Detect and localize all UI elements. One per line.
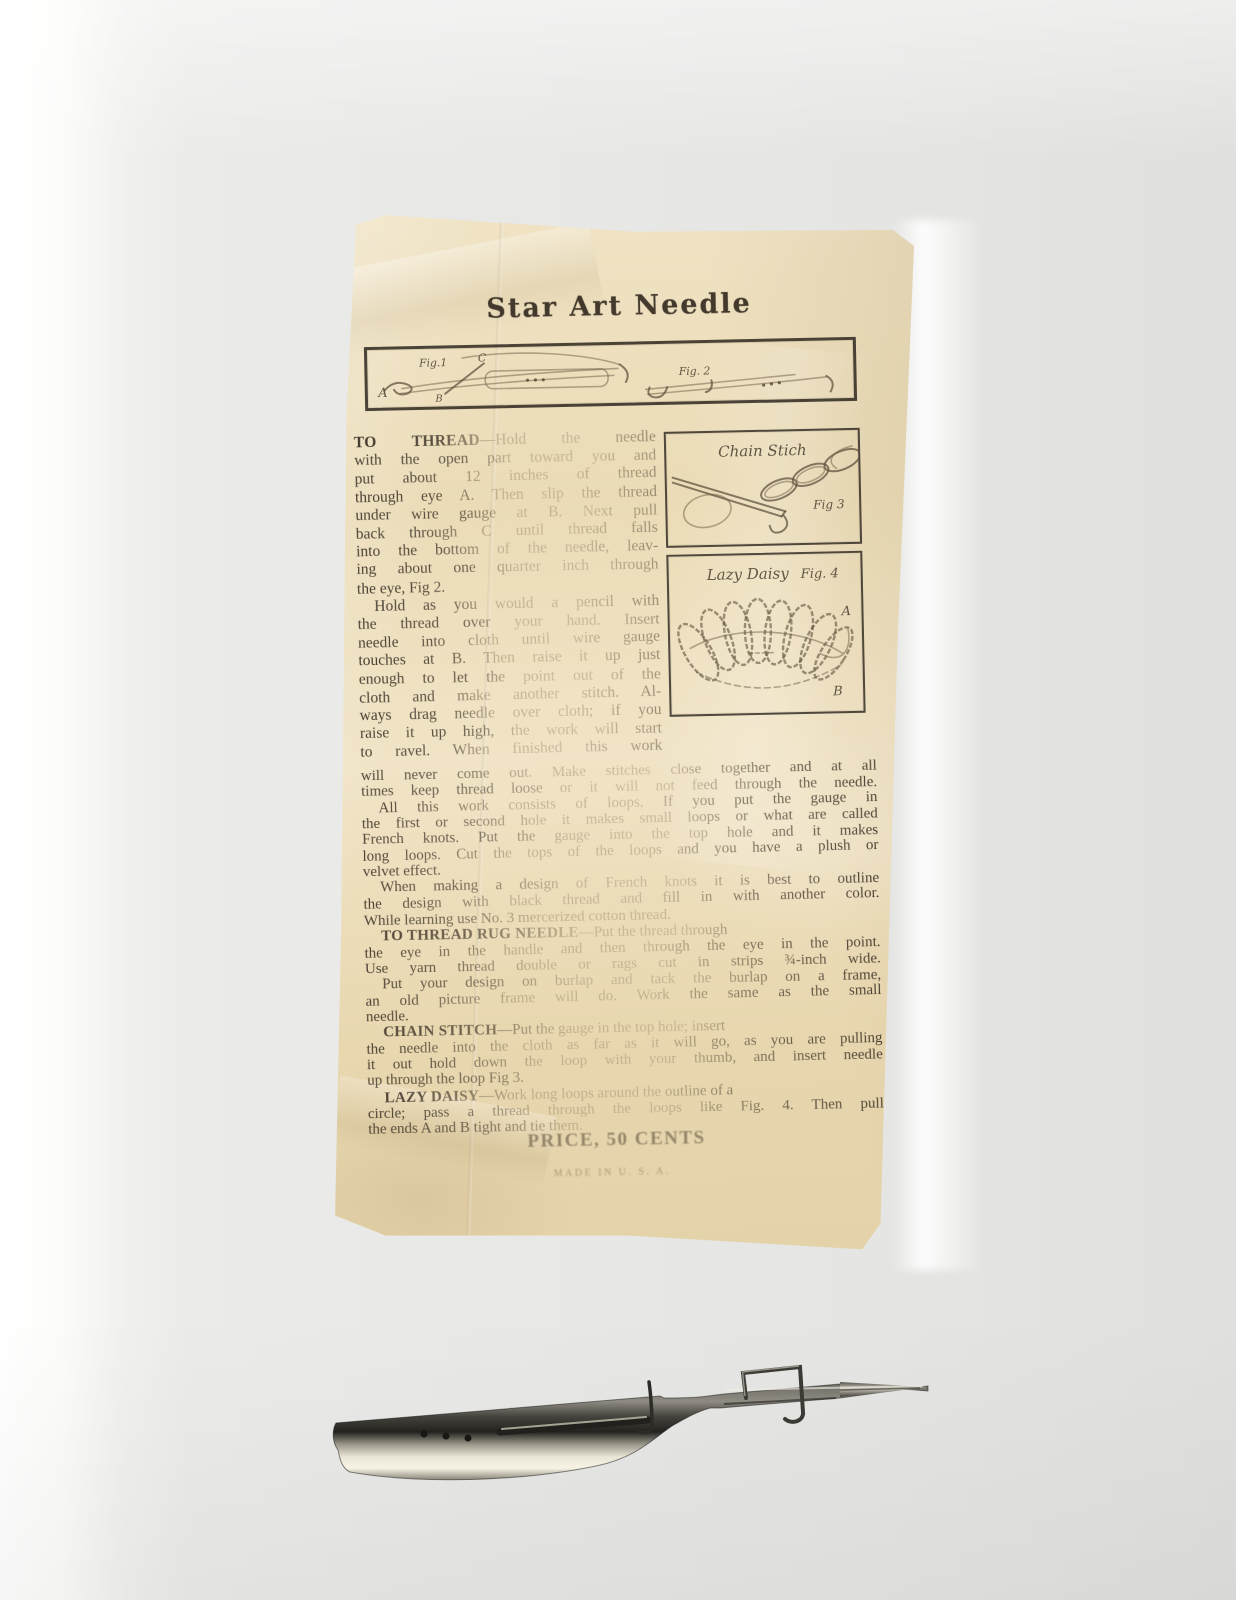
instruction-text-column: TO THREAD—Hold the needlewith the open p… [354, 428, 663, 762]
punch-needle-tool [296, 1326, 956, 1482]
fig2-needle-sketch [645, 374, 832, 398]
fig1-c-label: C [478, 351, 487, 364]
fig2-label: Fig. 2 [678, 364, 711, 378]
sheet-title: Star Art Needle [337, 285, 902, 328]
figure-strip: Fig.1 A C B Fig. 2 [364, 337, 857, 411]
scanned-photo: Star Art Needle Fig.1 A C B Fig. 2 [0, 0, 1236, 1600]
printed-content: Star Art Needle Fig.1 A C B Fig. 2 [335, 213, 920, 1249]
made-in-line: MADE IN U. S. A. [355, 1162, 869, 1184]
fig1-label: Fig.1 [418, 356, 447, 370]
instruction-sheet: Star Art Needle Fig.1 A C B Fig. 2 [318, 212, 916, 1254]
fig1-b-label: B [434, 394, 442, 405]
instruction-text-full-width: will never come out. Make stitches close… [361, 757, 885, 1138]
instruction-text: TO THREAD—Hold the needlewith the open p… [354, 424, 885, 1138]
needle-handle [333, 1382, 928, 1480]
needle-figures-sketch: Fig.1 A C B Fig. 2 [367, 340, 854, 408]
